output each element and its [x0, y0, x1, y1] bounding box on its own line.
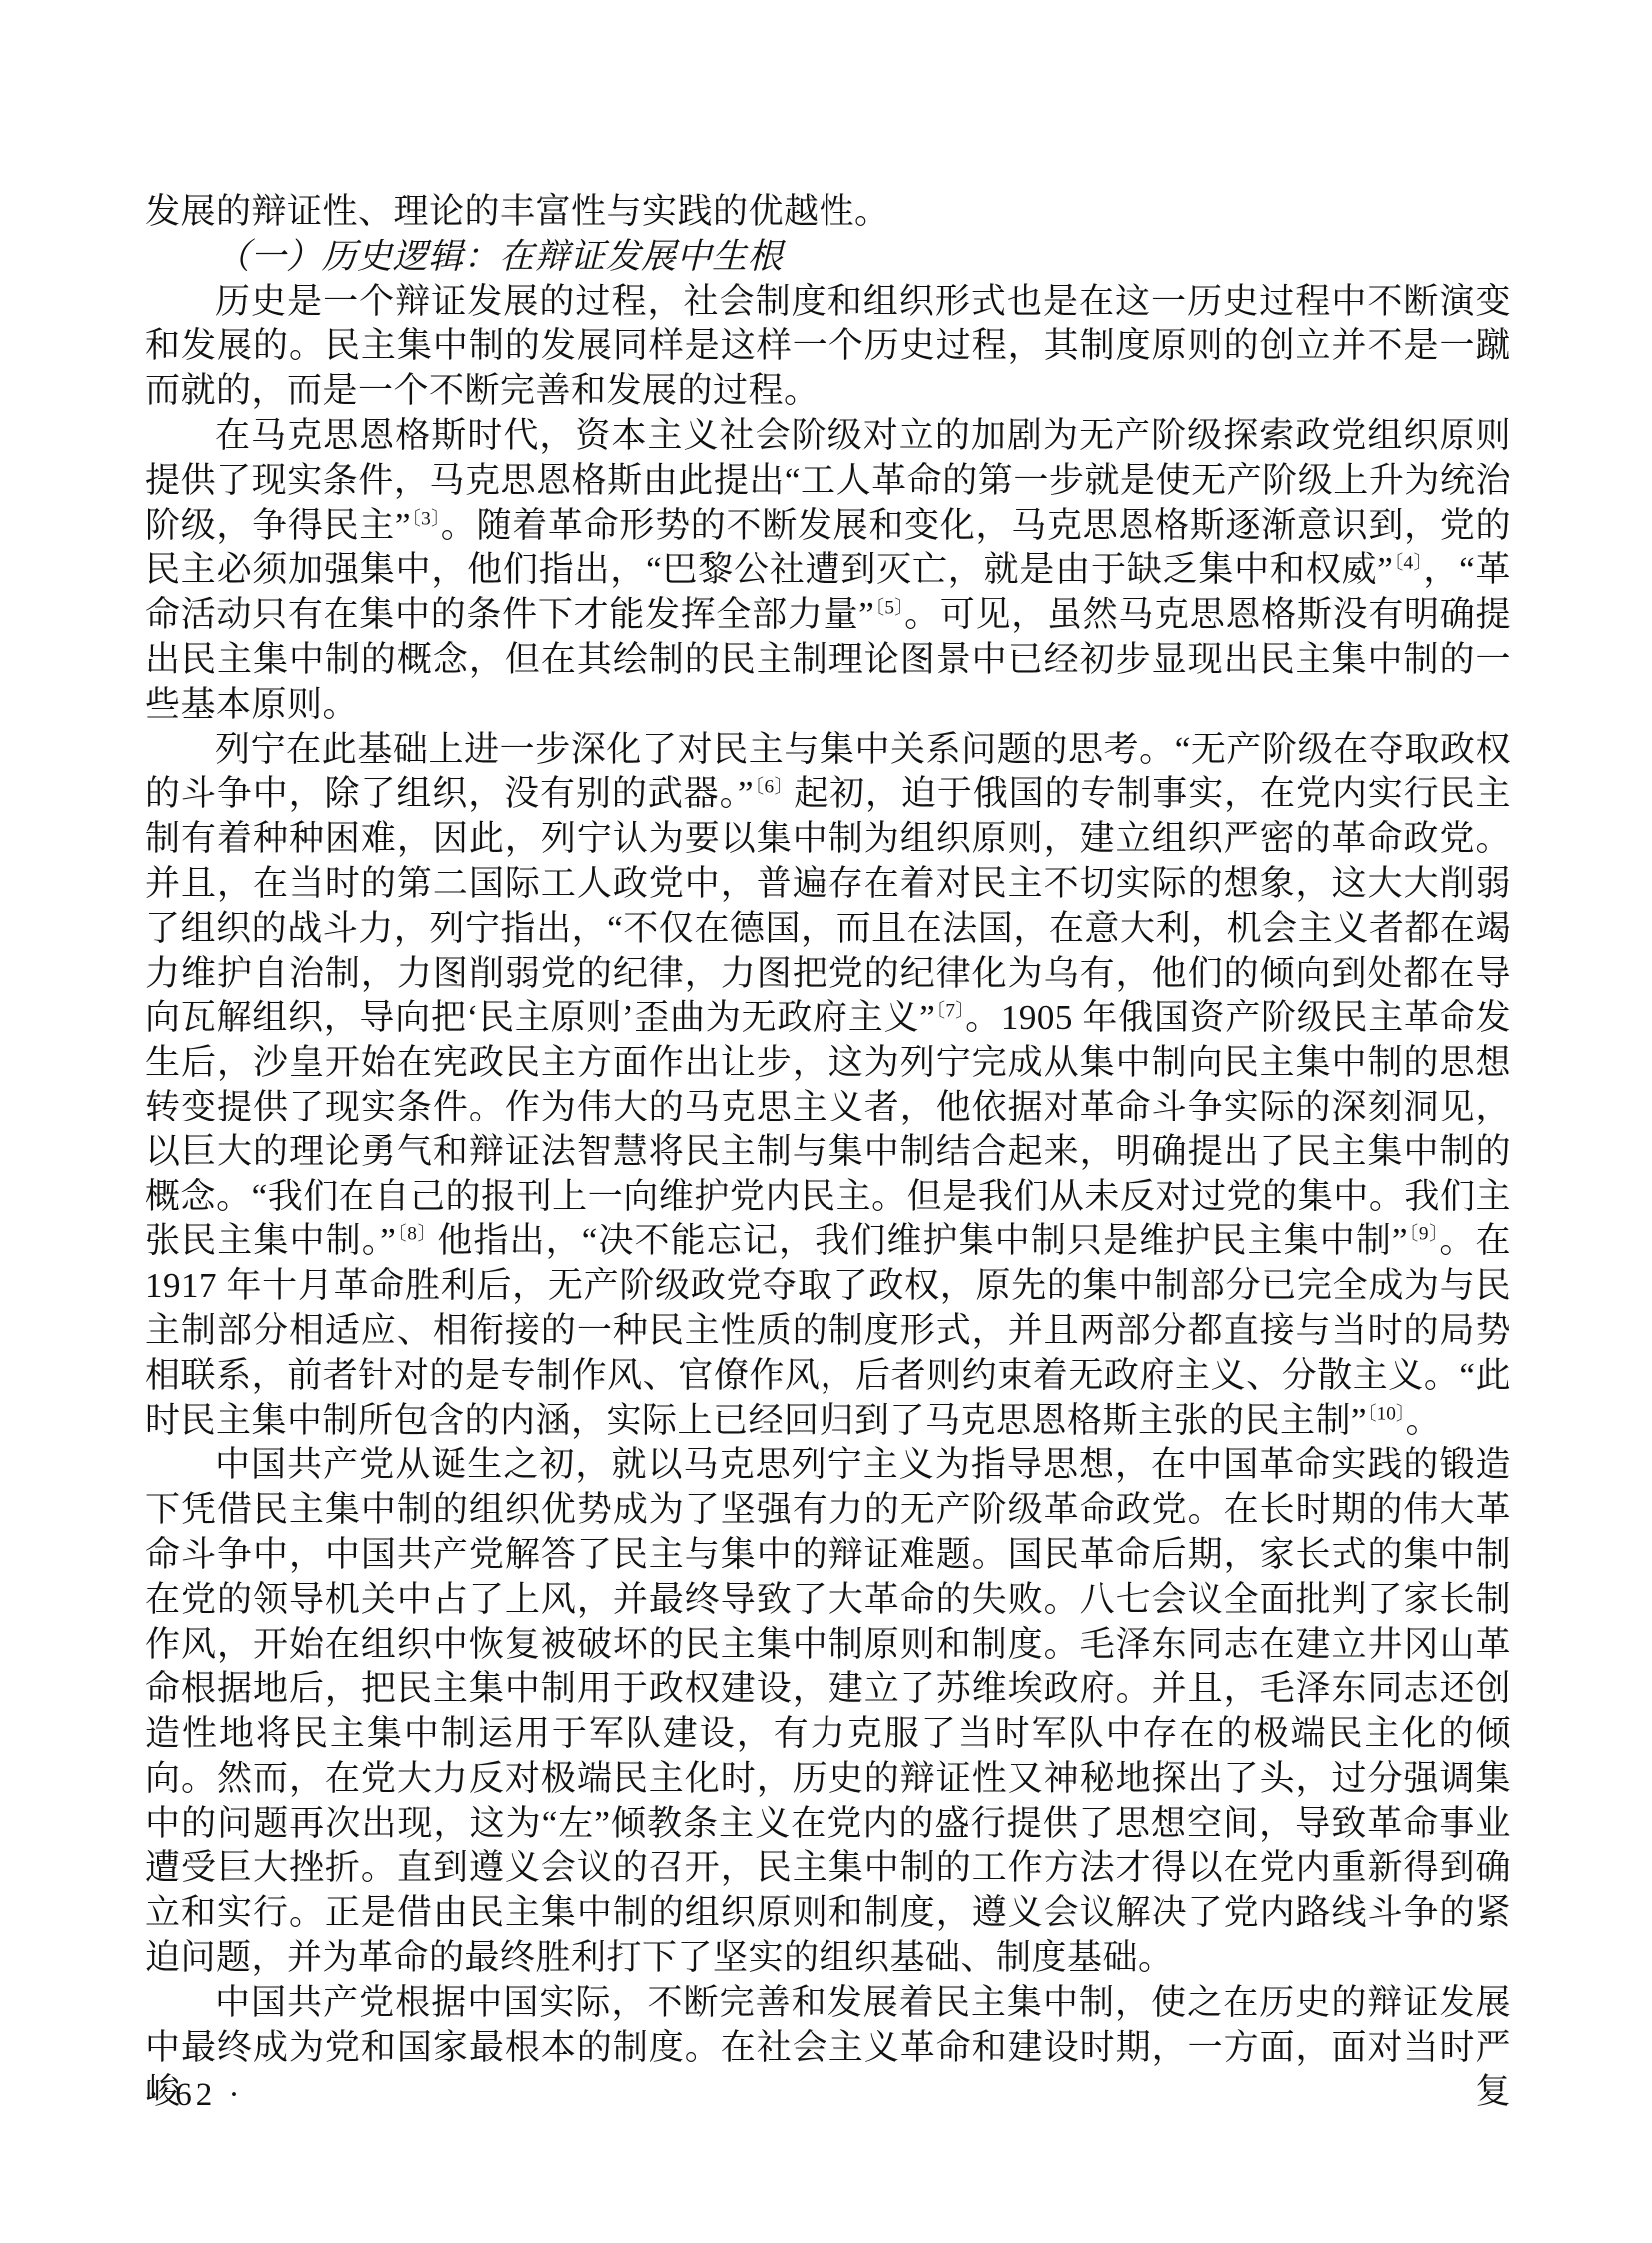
paragraph: 列宁在此基础上进一步深化了对民主与集中关系问题的思考。“无产阶级在夺取政权的斗争…: [145, 728, 1511, 1444]
paragraph: 中国共产党从诞生之初，就以马克思列宁主义为指导思想，在中国革命实践的锻造下凭借民…: [145, 1443, 1511, 1981]
text-run: 中国共产党从诞生之初，就以马克思列宁主义为指导思想，在中国革命实践的锻造下凭借民…: [145, 1445, 1511, 1977]
citation-ref: 〔9〕: [1408, 1224, 1439, 1245]
section-heading: （一）历史逻辑：在辩证发展中生根: [145, 235, 1511, 280]
paragraph: 历史是一个辩证发展的过程，社会制度和组织形式也是在这一历史过程中不断演变和发展的…: [145, 280, 1511, 414]
citation-ref: 〔3〕: [411, 508, 441, 529]
text-run: 他指出，“决不能忘记，我们维护集中制只是维护民主集中制”: [437, 1221, 1408, 1260]
text-run: 历史是一个辩证发展的过程，社会制度和组织形式也是在这一历史过程中不断演变和发展的…: [145, 282, 1511, 411]
text-run: 。: [1406, 1401, 1442, 1440]
citation-ref: 〔7〕: [935, 1001, 965, 1022]
citation-ref: 〔4〕: [1393, 553, 1423, 574]
paragraph-continuation: 发展的辩证性、理论的丰富性与实践的优越性。: [145, 190, 1511, 235]
paragraph: 中国共产党根据中国实际，不断完善和发展着民主集中制，使之在历史的辩证发展中最终成…: [145, 1981, 1511, 2115]
body-text: 发展的辩证性、理论的丰富性与实践的优越性。 （一）历史逻辑：在辩证发展中生根 历…: [145, 190, 1511, 2115]
citation-ref: 〔6〕: [754, 777, 794, 798]
citation-ref: 〔10〕: [1367, 1403, 1406, 1424]
page-number: · 62 ·: [148, 2077, 243, 2114]
text-run: 中国共产党根据中国实际，不断完善和发展着民主集中制，使之在历史的辩证发展中最终成…: [145, 1983, 1511, 2112]
document-page: 发展的辩证性、理论的丰富性与实践的优越性。 （一）历史逻辑：在辩证发展中生根 历…: [0, 0, 1652, 2243]
citation-ref: 〔5〕: [874, 598, 904, 619]
citation-ref: 〔8〕: [396, 1224, 437, 1245]
paragraph: 在马克思恩格斯时代，资本主义社会阶级对立的加剧为无产阶级探索政党组织原则提供了现…: [145, 414, 1511, 728]
